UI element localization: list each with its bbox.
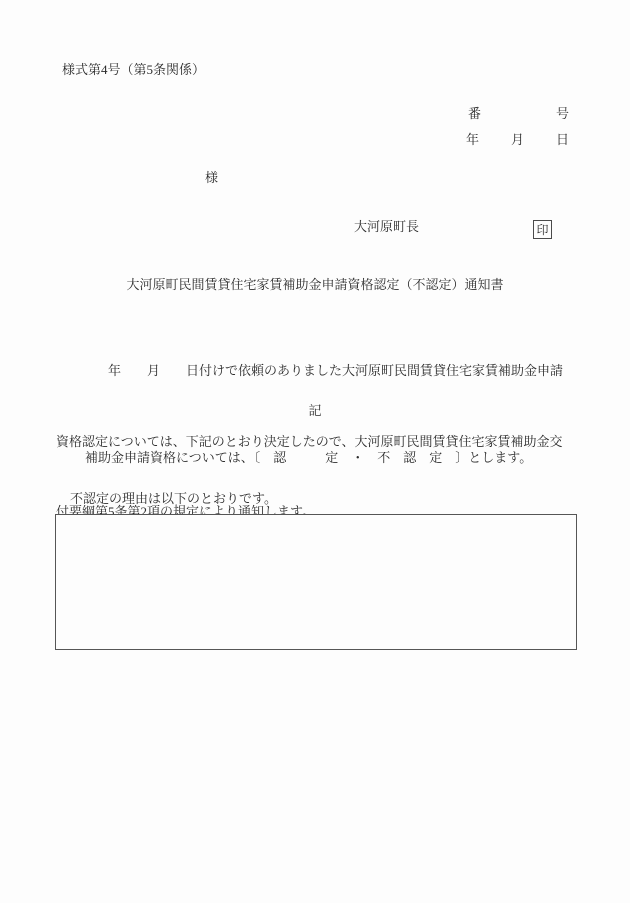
reference-number-row: 番 号 <box>468 103 569 122</box>
date-month-label: 月 <box>511 129 524 148</box>
record-heading: 記 <box>0 403 630 419</box>
reference-number-left-label: 番 <box>468 103 481 122</box>
addressee-honorific: 様 <box>205 170 218 186</box>
date-year-label: 年 <box>466 129 479 148</box>
seal-placeholder-mark: 印 <box>533 220 552 239</box>
notice-document-page: 様式第4号（第5条関係） 番 号 年 月 日 様 大河原町長 印 大河原町民間賃… <box>0 0 630 903</box>
seal-mark-character: 印 <box>536 224 548 236</box>
reference-number-right-label: 号 <box>556 103 569 122</box>
form-number-note: 様式第4号（第5条関係） <box>62 62 205 78</box>
date-day-label: 日 <box>556 129 569 148</box>
reason-entry-box <box>55 514 577 650</box>
reason-intro-label: 不認定の理由は以下のとおりです。 <box>70 491 277 507</box>
date-row: 年 月 日 <box>466 129 569 148</box>
eligibility-determination-line: 補助金申請資格については、〔 認 定 ・ 不 認 定 〕とします。 <box>85 450 532 466</box>
body-line: 年 月 日付けで依頼のありました大河原町民間賃貸住宅家賃補助金申請 <box>56 359 578 383</box>
document-title: 大河原町民間賃貸住宅家賃補助金申請資格認定（不認定）通知書 <box>0 277 630 293</box>
sender-title: 大河原町長 <box>354 219 419 235</box>
